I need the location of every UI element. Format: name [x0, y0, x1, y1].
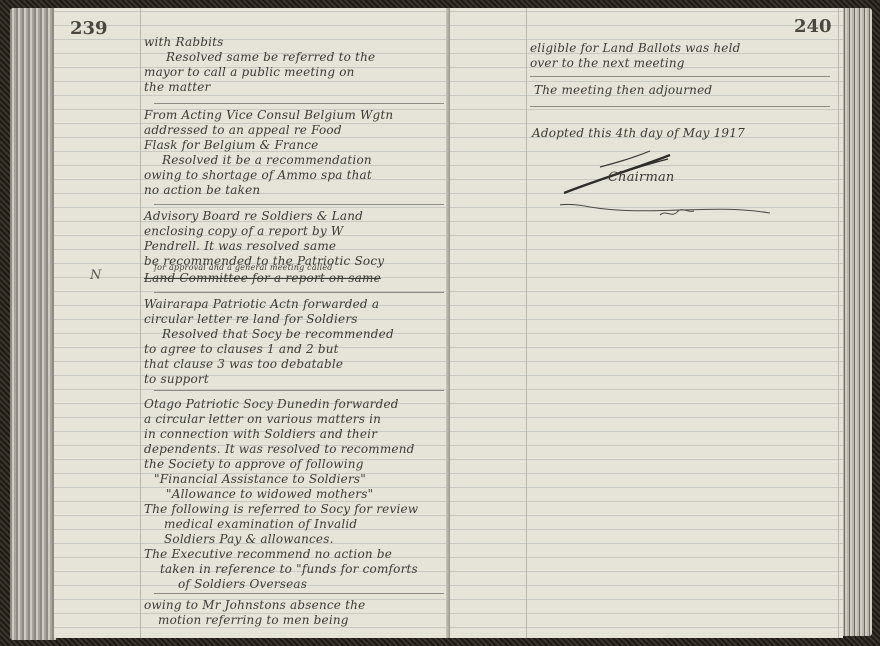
entry-divider: [154, 593, 444, 594]
entry-line: owing to shortage of Ammo spa that: [144, 168, 372, 183]
entry-line: "Financial Assistance to Soldiers": [154, 472, 366, 487]
entry-line: Wairarapa Patriotic Actn forwarded a: [144, 297, 379, 312]
entry-line: dependents. It was resolved to recommend: [144, 442, 415, 457]
entry-line: with Rabbits: [144, 35, 224, 50]
entry-line: The Executive recommend no action be: [144, 547, 392, 562]
entry-line: a circular letter on various matters in: [144, 412, 381, 427]
entry-line: Land Committee for a report on same: [144, 271, 381, 286]
entry-line: Resolved same be referred to the: [166, 50, 375, 65]
signature-title: Chairman: [608, 170, 675, 185]
entry-divider: [530, 76, 830, 77]
entry-line: owing to Mr Johnstons absence the: [144, 598, 365, 613]
entry-divider: [530, 106, 830, 107]
entry-line: that clause 3 was too debatable: [144, 357, 343, 372]
entry-line: Pendrell. It was resolved same: [144, 239, 336, 254]
entry-line: From Acting Vice Consul Belgium Wgtn: [144, 108, 393, 123]
entry-line: the matter: [144, 80, 210, 95]
entry-line: enclosing copy of a report by W: [144, 224, 343, 239]
entry-line: eligible for Land Ballots was held: [530, 41, 741, 56]
signature-flourish-icon: [560, 141, 800, 221]
entry-line: to support: [144, 372, 209, 387]
entry-divider: [154, 390, 444, 391]
entry-divider: [154, 103, 444, 104]
entry-line: in connection with Soldiers and their: [144, 427, 377, 442]
entry-line: over to the next meeting: [530, 56, 685, 71]
chairman-signature: [560, 141, 800, 225]
entry-line: mayor to call a public meeting on: [144, 65, 355, 80]
entry-line: taken in reference to "funds for comfort…: [160, 562, 418, 577]
entry-line: of Soldiers Overseas: [178, 577, 307, 592]
page-number-right: 240: [794, 16, 832, 37]
entry-line: Resolved that Socy be recommended: [162, 327, 394, 342]
entry-line: the Society to approve of following: [144, 457, 364, 472]
entry-line: Advisory Board re Soldiers & Land: [144, 209, 363, 224]
left-page: 239 with Rabbits Resolved same be referr…: [54, 8, 450, 638]
entry-line: circular letter re land for Soldiers: [144, 312, 358, 327]
entry-line: The meeting then adjourned: [534, 83, 712, 98]
entry-divider: [154, 204, 444, 205]
right-page-stack: [842, 8, 872, 636]
margin-note: N: [90, 268, 101, 283]
left-page-stack: [10, 8, 56, 640]
entry-line: "Allowance to widowed mothers": [166, 487, 373, 502]
entry-divider: [154, 292, 444, 293]
entry-line: addressed to an appeal re Food: [144, 123, 342, 138]
entry-line: no action be taken: [144, 183, 260, 198]
entry-line: Flask for Belgium & France: [144, 138, 318, 153]
page-number-left: 239: [70, 18, 108, 39]
right-page: 240 eligible for Land Ballots was held o…: [450, 8, 843, 638]
entry-line: Soldiers Pay & allowances.: [164, 532, 334, 547]
entry-line: Adopted this 4th day of May 1917: [532, 126, 745, 141]
right-edge-rule: [838, 8, 839, 638]
left-margin-rule: [140, 8, 141, 638]
entry-line: Resolved it be a recommendation: [162, 153, 372, 168]
entry-line: Otago Patriotic Socy Dunedin forwarded: [144, 397, 399, 412]
entry-line: The following is referred to Socy for re…: [144, 502, 418, 517]
entry-line: motion referring to men being: [158, 613, 349, 628]
entry-line: to agree to clauses 1 and 2 but: [144, 342, 339, 357]
right-margin-rule: [526, 8, 527, 638]
entry-line: medical examination of Invalid: [164, 517, 357, 532]
